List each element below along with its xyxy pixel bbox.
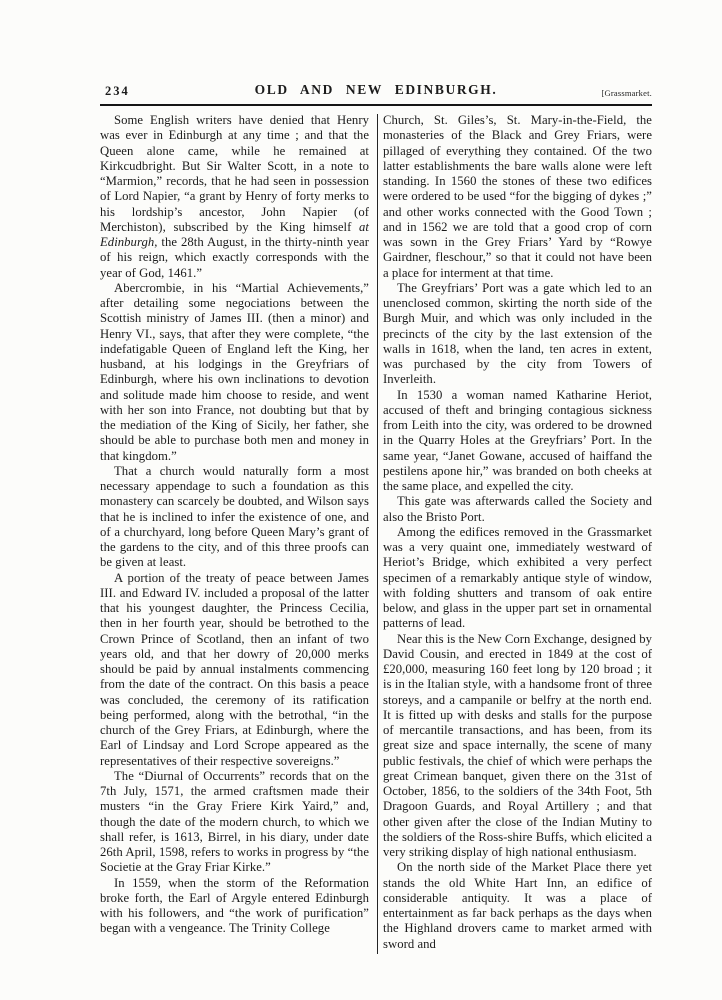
page-title: OLD AND NEW EDINBURGH. bbox=[100, 82, 652, 98]
paragraph: On the north side of the Market Place th… bbox=[383, 860, 652, 952]
left-column: Some English writers have denied that He… bbox=[100, 113, 369, 937]
paragraph: Church, St. Giles’s, St. Mary-in-the-Fie… bbox=[383, 113, 652, 281]
paragraph: In 1530 a woman named Katharine Heriot, … bbox=[383, 388, 652, 495]
paragraph: Among the edifices removed in the Grassm… bbox=[383, 525, 652, 632]
paragraph: Abercrombie, in his “Martial Achievement… bbox=[100, 281, 369, 464]
page-header: 234 OLD AND NEW EDINBURGH. [Grassmarket. bbox=[100, 82, 652, 102]
header-rule bbox=[100, 104, 652, 106]
paragraph: The “Diurnal of Occurrents” records that… bbox=[100, 769, 369, 876]
right-column: Church, St. Giles’s, St. Mary-in-the-Fie… bbox=[383, 113, 652, 952]
paragraph: That a church would naturally form a mos… bbox=[100, 464, 369, 571]
column-divider bbox=[377, 114, 378, 954]
text-block: Some English writers have denied that He… bbox=[100, 113, 652, 959]
running-head: [Grassmarket. bbox=[601, 88, 652, 98]
paragraph: Some English writers have denied that He… bbox=[100, 113, 369, 281]
book-page: 234 OLD AND NEW EDINBURGH. [Grassmarket.… bbox=[0, 0, 722, 1000]
paragraph: In 1559, when the storm of the Reformati… bbox=[100, 876, 369, 937]
paragraph: A portion of the treaty of peace between… bbox=[100, 571, 369, 769]
paragraph: This gate was afterwards called the Soci… bbox=[383, 494, 652, 525]
paragraph: Near this is the New Corn Exchange, desi… bbox=[383, 632, 652, 861]
paragraph: The Greyfriars’ Port was a gate which le… bbox=[383, 281, 652, 388]
